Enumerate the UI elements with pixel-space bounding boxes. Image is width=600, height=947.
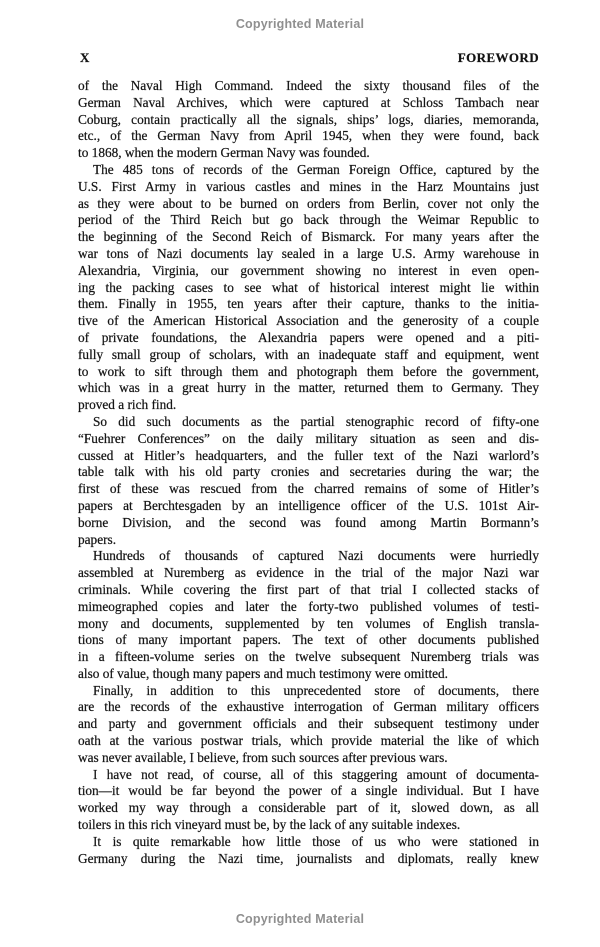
copyright-notice-top: Copyrighted Material [0, 17, 600, 31]
text-line: ing the packing cases to see what of his… [78, 280, 539, 297]
text-line: are the records of the exhaustive interr… [78, 699, 539, 716]
text-line: in a fifteen-volume series on the twelve… [78, 649, 539, 666]
text-line: toilers in this rich vineyard must be, b… [78, 817, 539, 834]
text-line: mony and documents, supplemented by ten … [78, 616, 539, 633]
text-line: mimeographed copies and later the forty-… [78, 599, 539, 616]
text-line: tion—it would be far beyond the power of… [78, 783, 539, 800]
text-line: criminals. While covering the first part… [78, 582, 539, 599]
paragraph: Finally, in addition to this unprecedent… [78, 683, 539, 767]
text-line: etc., of the German Navy from April 1945… [78, 128, 539, 145]
text-line: period of the Third Reich but go back th… [78, 212, 539, 229]
text-line: oath at the various postwar trials, whic… [78, 733, 539, 750]
text-line: I have not read, of course, all of this … [78, 767, 539, 784]
text-line: Coburg, contain practically all the sign… [78, 112, 539, 129]
text-line: U.S. First Army in various castles and m… [78, 179, 539, 196]
text-line: the beginning of the Second Reich of Bis… [78, 229, 539, 246]
text-line: as they were about to be burned on order… [78, 196, 539, 213]
text-line: So did such documents as the partial ste… [78, 414, 539, 431]
text-line: The 485 tons of records of the German Fo… [78, 162, 539, 179]
running-head: X FOREWORD [80, 51, 539, 64]
text-line: German Naval Archives, which were captur… [78, 95, 539, 112]
text-line: to work to sift through them and photogr… [78, 364, 539, 381]
text-line: to 1868, when the modern German Navy was… [78, 145, 539, 162]
text-line: tions of many important papers. The text… [78, 632, 539, 649]
text-line: Alexandria, Virginia, our government sho… [78, 263, 539, 280]
text-line: fully small group of scholars, with an i… [78, 347, 539, 364]
text-line: tive of the American Historical Associat… [78, 313, 539, 330]
paragraph: I have not read, of course, all of this … [78, 767, 539, 834]
text-line: assembled at Nuremberg as evidence in th… [78, 565, 539, 582]
paragraph: Hundreds of thousands of captured Nazi d… [78, 548, 539, 682]
book-page: Copyrighted Material X FOREWORD of the N… [0, 0, 600, 947]
text-line: Finally, in addition to this unprecedent… [78, 683, 539, 700]
paragraph: It is quite remarkable how little those … [78, 834, 539, 868]
text-line: first of these was rescued from the char… [78, 481, 539, 498]
text-line: proved a rich find. [78, 397, 539, 414]
text-line: papers at Berchtesgaden by an intelligen… [78, 498, 539, 515]
text-line: It is quite remarkable how little those … [78, 834, 539, 851]
text-line: papers. [78, 532, 539, 549]
text-line: worked my way through a considerable par… [78, 800, 539, 817]
running-head-title: FOREWORD [458, 51, 539, 64]
text-line: them. Finally in 1955, ten years after t… [78, 296, 539, 313]
text-line: war tons of Nazi documents lay sealed in… [78, 246, 539, 263]
text-line: which was in a great hurry in the matter… [78, 380, 539, 397]
text-line: borne Division, and the second was found… [78, 515, 539, 532]
text-line: of the Naval High Command. Indeed the si… [78, 78, 539, 95]
text-line: table talk with his old party cronies an… [78, 464, 539, 481]
page-number: X [80, 51, 89, 64]
paragraph: of the Naval High Command. Indeed the si… [78, 78, 539, 162]
text-line: Germany during the Nazi time, journalist… [78, 851, 539, 868]
page-body: of the Naval High Command. Indeed the si… [78, 78, 539, 867]
text-line: Hundreds of thousands of captured Nazi d… [78, 548, 539, 565]
paragraph: The 485 tons of records of the German Fo… [78, 162, 539, 414]
text-line: “Fuehrer Conferences” on the daily milit… [78, 431, 539, 448]
copyright-notice-bottom: Copyrighted Material [0, 912, 600, 926]
text-line: and party and government officials and t… [78, 716, 539, 733]
text-line: of private foundations, the Alexandria p… [78, 330, 539, 347]
text-line: was never available, I believe, from suc… [78, 750, 539, 767]
paragraph: So did such documents as the partial ste… [78, 414, 539, 548]
text-line: also of value, though many papers and mu… [78, 666, 539, 683]
text-line: cussed at Hitler’s headquarters, and the… [78, 448, 539, 465]
